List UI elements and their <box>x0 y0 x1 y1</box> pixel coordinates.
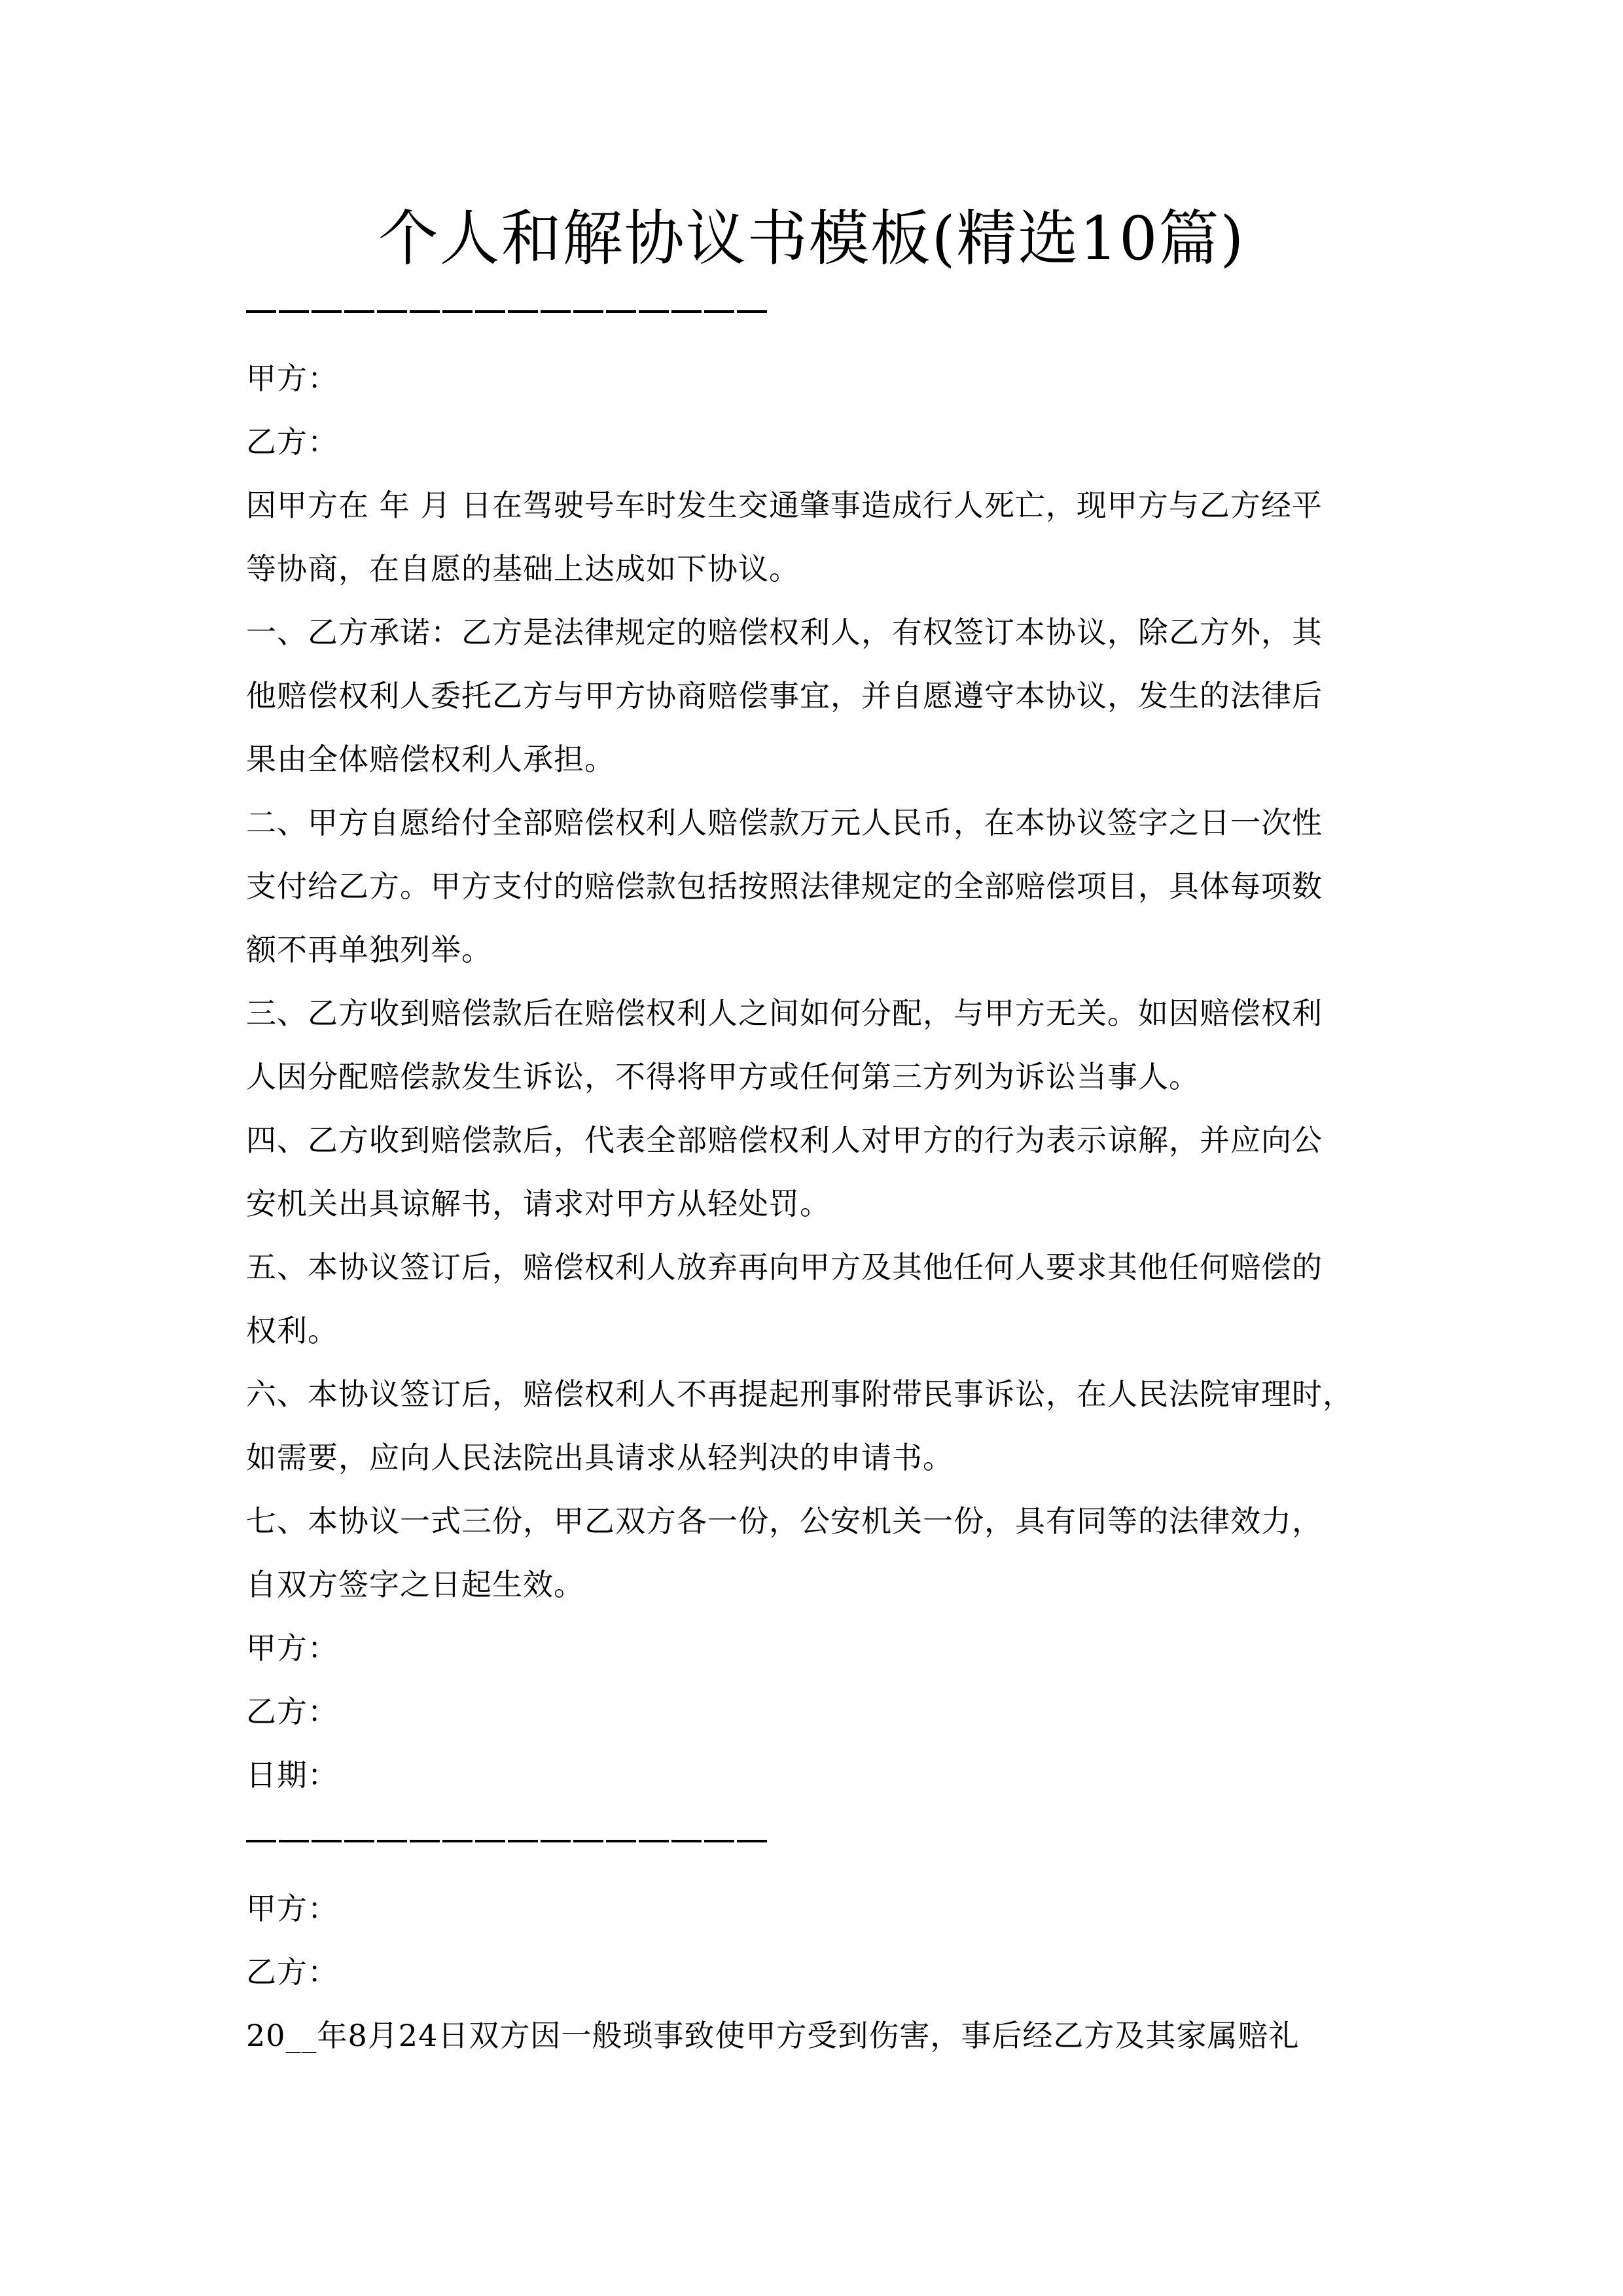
party-b-label: 乙方： <box>246 1952 338 1992</box>
party-a-label: 甲方： <box>246 359 338 398</box>
clause-2-line: 额不再单独列举。 <box>246 930 492 969</box>
clause-1-line: 他赔偿权利人委托乙方与甲方协商赔偿事宜，并自愿遵守本协议，发生的法律后 <box>246 676 1323 715</box>
signature-date-label: 日期： <box>246 1755 338 1795</box>
clause-6-line: 六、本协议签订后，赔偿权利人不再提起刑事附带民事诉讼，在人民法院审理时， <box>246 1374 1353 1414</box>
clause-5-line: 五、本协议签订后，赔偿权利人放弃再向甲方及其他任何人要求其他任何赔偿的 <box>246 1247 1323 1287</box>
clause-1-line: 一、乙方承诺：乙方是法律规定的赔偿权利人，有权签订本协议，除乙方外，其 <box>246 613 1323 652</box>
signature-party-b-label: 乙方： <box>246 1692 338 1731</box>
paragraph-line: 等协商，在自愿的基础上达成如下协议。 <box>246 549 800 588</box>
clause-4-line: 安机关出具谅解书，请求对甲方从轻处罚。 <box>246 1184 830 1223</box>
section-separator <box>246 310 770 313</box>
clause-3-line: 三、乙方收到赔偿款后在赔偿权利人之间如何分配，与甲方无关。如因赔偿权利 <box>246 994 1323 1033</box>
document-page: 个人和解协议书模板(精选10篇) 甲方： 乙方： 因甲方在 年 月 日在驾驶号车… <box>0 0 1623 2296</box>
clause-2-line: 二、甲方自愿给付全部赔偿权利人赔偿款万元人民币，在本协议签字之日一次性 <box>246 803 1323 842</box>
clause-6-line: 如需要，应向人民法院出具请求从轻判决的申请书。 <box>246 1438 954 1477</box>
clause-2-line: 支付给乙方。甲方支付的赔偿款包括按照法律规定的全部赔偿项目，具体每项数 <box>246 867 1323 906</box>
clause-5-line: 权利。 <box>246 1311 338 1350</box>
section-separator <box>246 1840 770 1842</box>
paragraph-line: 因甲方在 年 月 日在驾驶号车时发生交通肇事造成行人死亡，现甲方与乙方经平 <box>246 486 1323 525</box>
clause-7-line: 自双方签字之日起生效。 <box>246 1565 584 1604</box>
paragraph-line: 20__年8月24日双方因一般琐事致使甲方受到伤害，事后经乙方及其家属赔礼 <box>246 2016 1299 2055</box>
clause-7-line: 七、本协议一式三份，甲乙双方各一份，公安机关一份，具有同等的法律效力， <box>246 1501 1323 1541</box>
clause-4-line: 四、乙方收到赔偿款后，代表全部赔偿权利人对甲方的行为表示谅解，并应向公 <box>246 1121 1323 1160</box>
clause-1-line: 果由全体赔偿权利人承担。 <box>246 740 615 779</box>
party-b-label: 乙方： <box>246 422 338 461</box>
document-title: 个人和解协议书模板(精选10篇) <box>0 200 1623 278</box>
signature-party-a-label: 甲方： <box>246 1628 338 1668</box>
clause-3-line: 人因分配赔偿款发生诉讼，不得将甲方或任何第三方列为诉讼当事人。 <box>246 1057 1200 1096</box>
party-a-label: 甲方： <box>246 1889 338 1928</box>
